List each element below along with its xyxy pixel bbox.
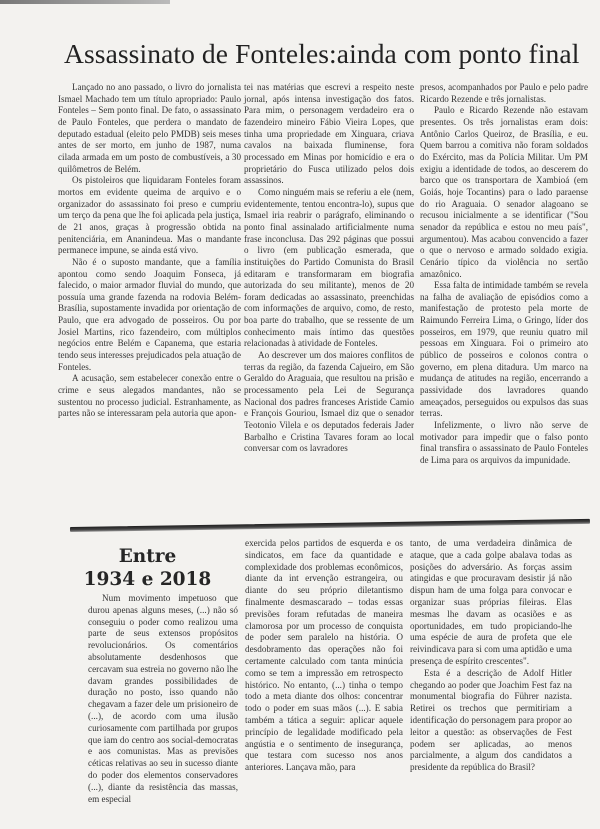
paragraph: tanto, de uma verdadeira dinâmica de ata…	[410, 538, 572, 668]
paragraph: A acusação, sem estabelecer conexão entr…	[58, 373, 241, 420]
title-line-1: Entre	[119, 546, 177, 567]
paragraph: Lançado no ano passado, o livro do jorna…	[58, 82, 241, 175]
top-page-rule	[0, 0, 170, 4]
paragraph: Esta é a descrição de Adolf Hitler chega…	[410, 668, 572, 774]
paragraph: Não é o suposto mandante, que a família …	[58, 257, 241, 374]
paragraph: tei nas matérias que escrevi a respeito …	[244, 82, 414, 187]
paragraph: Paulo e Ricardo Rezende não estavam pres…	[420, 105, 588, 280]
paragraph: presos, acompanhados por Paulo e pelo pa…	[420, 82, 588, 105]
paragraph: exercida pelos partidos de esquerda e os…	[245, 538, 403, 774]
article-title: Entre 1934 e 2018	[60, 545, 235, 591]
paragraph: Essa falta de intimidade também se revel…	[420, 280, 588, 420]
article-column-2: tei nas matérias que escrevi a respeito …	[244, 82, 414, 455]
article-column-3: tanto, de uma verdadeira dinâmica de ata…	[410, 538, 572, 774]
article-column-2: exercida pelos partidos de esquerda e os…	[245, 538, 403, 774]
title-line-2: 1934 e 2018	[84, 569, 212, 590]
paragraph: Como ninguém mais se referiu a ele (nem,…	[244, 187, 414, 350]
article-headline: Assassinato de Fonteles:ainda com ponto …	[64, 38, 584, 70]
paragraph: Ao descrever um dos maiores conflitos de…	[244, 350, 414, 455]
section-divider	[70, 519, 590, 532]
paragraph: Infelizmente, o livro não serve de motiv…	[420, 420, 588, 467]
paragraph: Num movimento impetuoso que durou apenas…	[88, 593, 238, 805]
article-column-3: presos, acompanhados por Paulo e pelo pa…	[420, 82, 588, 467]
paragraph: Os pistoleiros que liquidaram Fonteles f…	[58, 175, 241, 257]
article-column-1: Num movimento impetuoso que durou apenas…	[88, 593, 238, 805]
article-column-1: Lançado no ano passado, o livro do jorna…	[58, 82, 241, 420]
